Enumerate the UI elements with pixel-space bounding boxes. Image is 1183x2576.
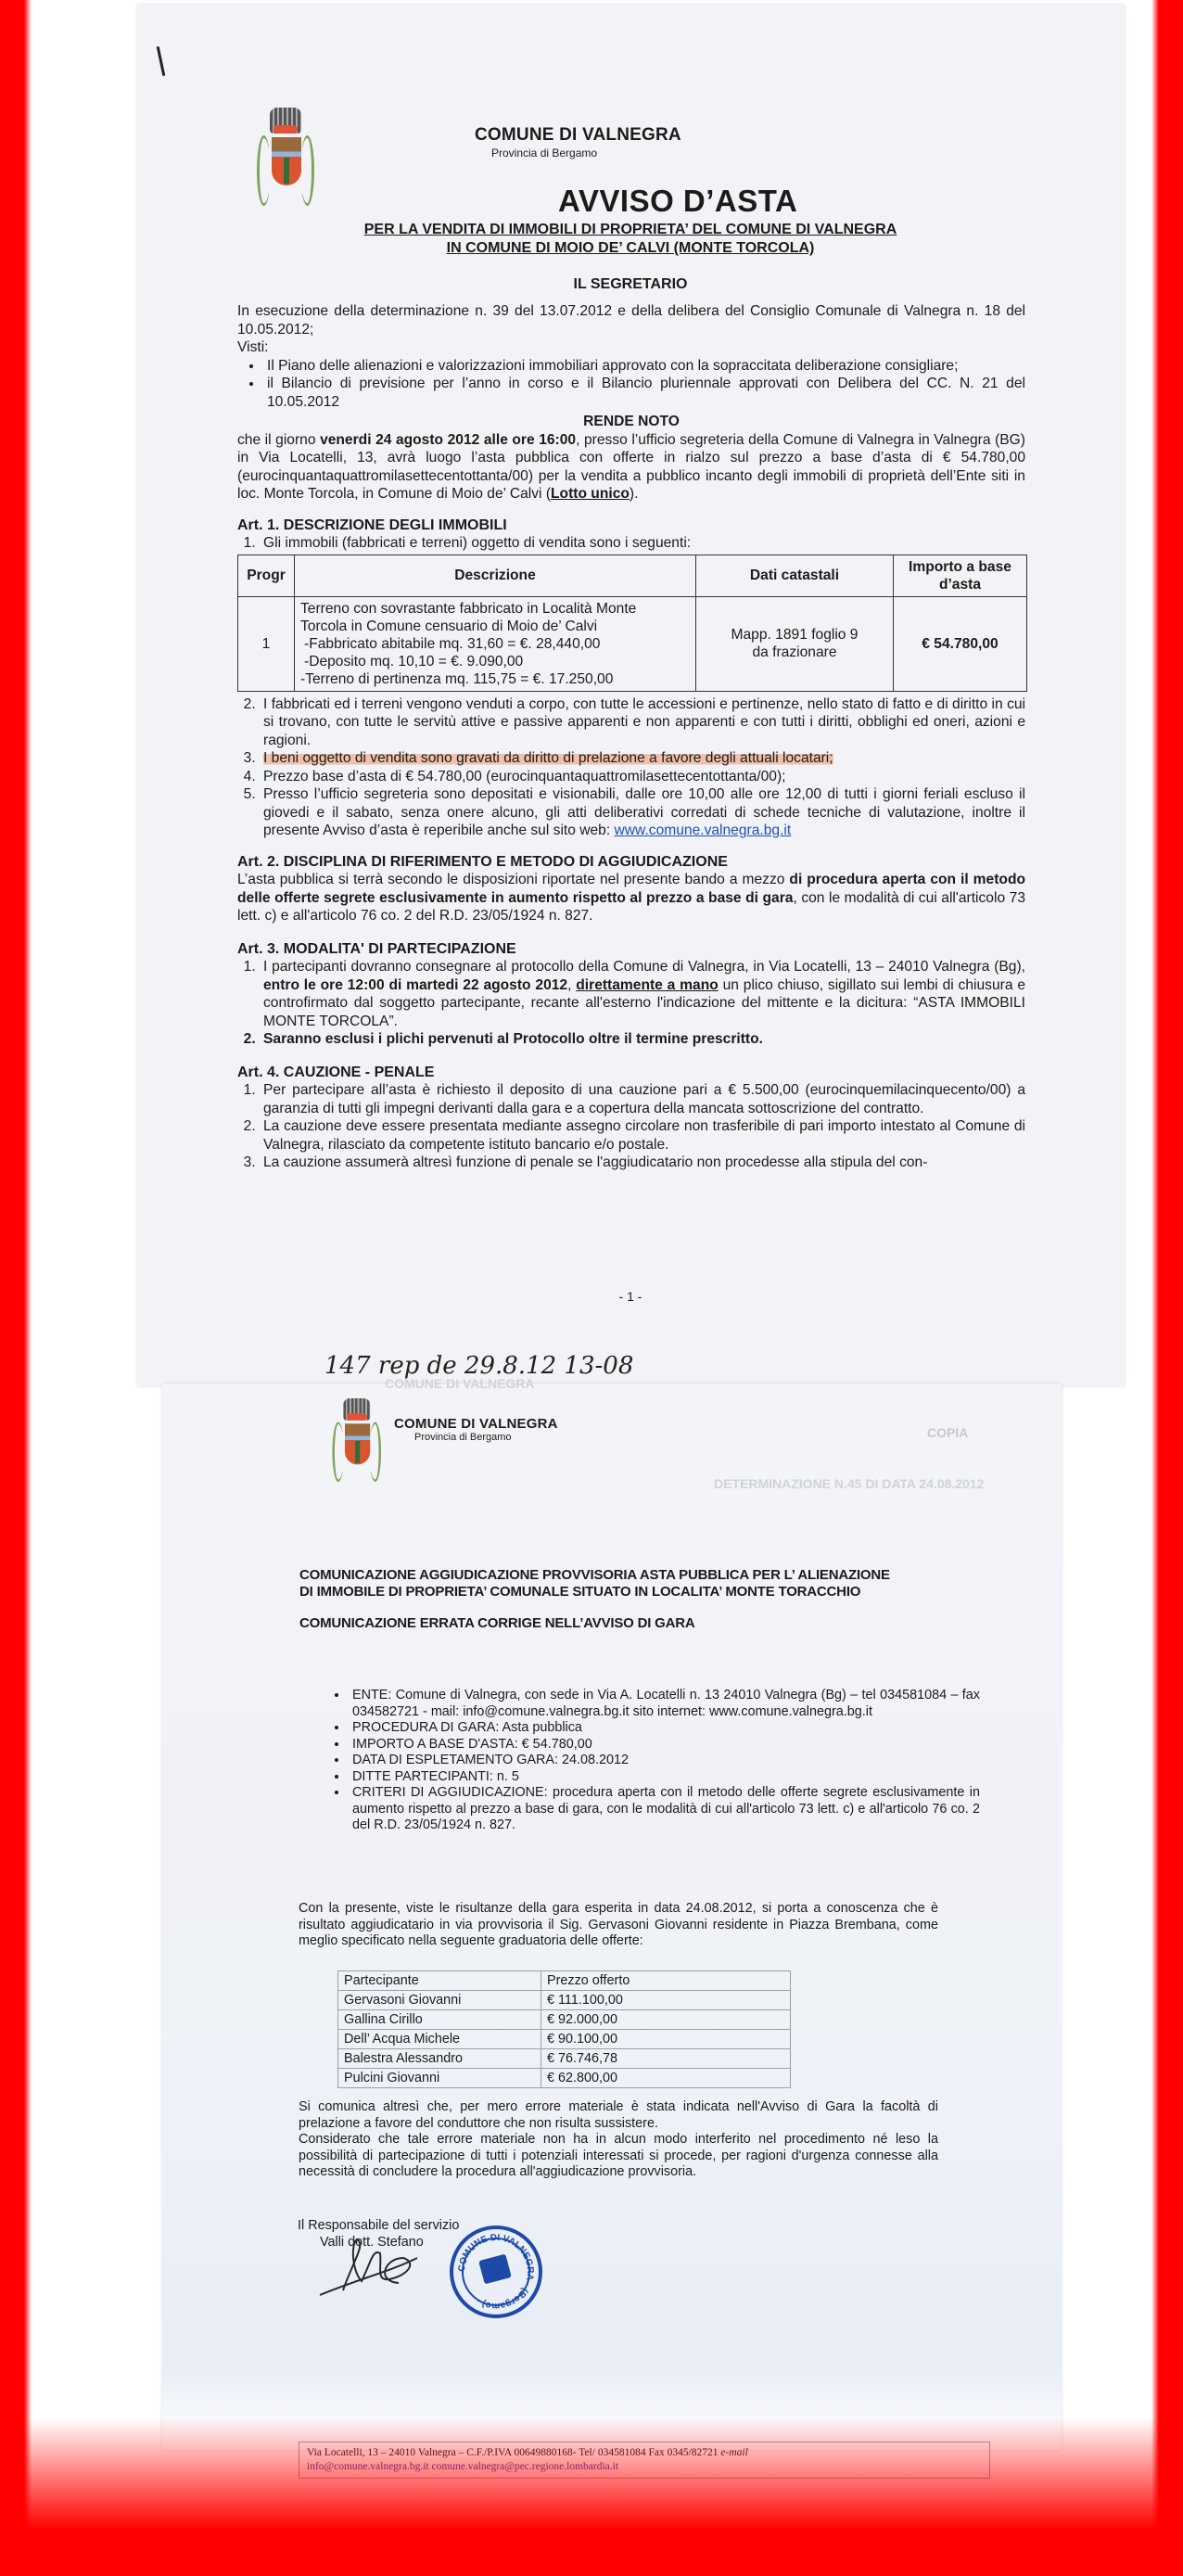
red-frame-bottom bbox=[0, 2418, 1183, 2576]
segretario-heading: IL SEGRETARIO bbox=[223, 276, 1038, 293]
errata-text: Si comunica altresì che, per mero errore… bbox=[299, 2099, 938, 2132]
art1-heading: Art. 1. DESCRIZIONE DEGLI IMMOBILI bbox=[237, 516, 1025, 535]
subtitle-line-1: PER LA VENDITA DI IMMOBILI DI PROPRIETA’… bbox=[223, 221, 1038, 239]
catastali-line: da frazionare bbox=[702, 644, 887, 661]
signature-role: Il Responsabile del servizio bbox=[298, 2218, 459, 2235]
document-subtitle: PER LA VENDITA DI IMMOBILI DI PROPRIETA’… bbox=[223, 221, 1038, 258]
desc-line: Terreno con sovrastante fabbricato in Lo… bbox=[300, 600, 690, 618]
intro-paragraph: In esecuzione della determinazione n. 39… bbox=[237, 302, 1025, 338]
cell-partecipante: Gervasoni Giovanni bbox=[338, 1991, 541, 2010]
website-link[interactable]: www.comune.valnegra.bg.it bbox=[615, 823, 792, 838]
art1-item-highlighted: I beni oggetto di vendita sono gravati d… bbox=[260, 749, 1025, 768]
table-row: Pulcini Giovanni€ 62.800,00 bbox=[338, 2069, 791, 2088]
art2-heading: Art. 2. DISCIPLINA DI RIFERIMENTO E METO… bbox=[237, 853, 1025, 872]
cell-descrizione: Terreno con sovrastante fabbricato in Lo… bbox=[295, 596, 696, 691]
art3-by-hand: direttamente a mano bbox=[576, 977, 719, 993]
bleed-through-text: DETERMINAZIONE N.45 DI DATA 24.08.2012 bbox=[714, 1476, 984, 1491]
art4-item: La cauzione assumerà altresì funzione di… bbox=[260, 1154, 1025, 1172]
signature-icon bbox=[315, 2235, 445, 2300]
art1-item: I fabbricati ed i terreni vengono vendut… bbox=[260, 695, 1025, 750]
col-importo: Importo a base d’asta bbox=[894, 555, 1027, 596]
bullet-item: DITTE PARTECIPANTI: n. 5 bbox=[349, 1769, 980, 1786]
cell-partecipante: Dell’ Acqua Michele bbox=[338, 2030, 541, 2049]
notice-date: venerdi 24 agosto 2012 alle ore 16:00 bbox=[320, 432, 576, 448]
bullet-item: PROCEDURA DI GARA: Asta pubblica bbox=[349, 1720, 980, 1737]
art1-item: Gli immobili (fabbricati e terreni) ogge… bbox=[260, 534, 1025, 553]
letterhead-page-2: COMUNE DI VALNEGRA Provincia di Bergamo bbox=[394, 1416, 558, 1443]
bullet-list: ENTE: Comune di Valnegra, con sede in Vi… bbox=[326, 1688, 980, 1834]
stamp-ring: COMUNE DI VALNEGRA - (Bergamo) - bbox=[453, 2229, 539, 2315]
result-paragraph: Con la presente, viste le risultanze del… bbox=[299, 1901, 938, 1950]
table-row: 1 Terreno con sovrastante fabbricato in … bbox=[238, 596, 1027, 691]
desc-line: -Fabbricato abitabile mq. 31,60 = €. 28,… bbox=[300, 635, 690, 653]
red-frame-right bbox=[1151, 0, 1183, 2576]
cell-partecipante: Balestra Alessandro bbox=[338, 2049, 541, 2069]
cell-partecipante: Pulcini Giovanni bbox=[338, 2069, 541, 2088]
art2-paragraph: L’asta pubblica si terrà secondo le disp… bbox=[237, 871, 1025, 925]
cell-catastali: Mapp. 1891 foglio 9 da frazionare bbox=[696, 596, 894, 691]
desc-line: Torcola in Comune censuario di Moio de’ … bbox=[300, 618, 690, 635]
title-line-1: COMUNICAZIONE AGGIUDICAZIONE PROVVISORIA… bbox=[299, 1567, 1004, 1584]
catastali-line: Mapp. 1891 foglio 9 bbox=[702, 626, 887, 644]
art4-heading: Art. 4. CAUZIONE - PENALE bbox=[237, 1064, 1025, 1082]
visti-label: Visti: bbox=[237, 338, 1025, 357]
art3-text: I partecipanti dovranno consegnare al pr… bbox=[263, 959, 1025, 975]
notice-text: che il giorno bbox=[237, 432, 320, 448]
provincia: Provincia di Bergamo bbox=[491, 145, 681, 163]
art2-text: L’asta pubblica si terrà secondo le disp… bbox=[237, 872, 789, 887]
desc-line: -Terreno di pertinenza mq. 115,75 = €. 1… bbox=[300, 670, 690, 688]
cell-prezzo: € 90.100,00 bbox=[541, 2030, 791, 2049]
bleed-through-text: COMUNE DI VALNEGRA bbox=[385, 1376, 535, 1391]
table-row: Dell’ Acqua Michele€ 90.100,00 bbox=[338, 2030, 791, 2049]
art1-item: Presso l’ufficio segreteria sono deposit… bbox=[260, 785, 1025, 840]
svg-text:COMUNE DI VALNEGRA - (Bergamo): COMUNE DI VALNEGRA - (Bergamo) - bbox=[457, 2233, 535, 2311]
errata-title: COMUNICAZIONE ERRATA CORRIGE NELL’AVVISO… bbox=[299, 1615, 1004, 1632]
desc-line: -Deposito mq. 10,10 = €. 9.090,00 bbox=[300, 653, 690, 670]
table-row: Gervasoni Giovanni€ 111.100,00 bbox=[338, 1991, 791, 2010]
title-line-2: DI IMMOBILE DI PROPRIETA’ COMUNALE SITUA… bbox=[299, 1584, 1004, 1600]
art3-deadline: entro le ore 12:00 di martedi 22 agosto … bbox=[263, 977, 567, 993]
cell-prezzo: € 92.000,00 bbox=[541, 2010, 791, 2030]
cell-partecipante: Gallina Cirillo bbox=[338, 2010, 541, 2030]
art4-item: Per partecipare all’asta è richiesto il … bbox=[260, 1081, 1025, 1117]
art3-list: I partecipanti dovranno consegnare al pr… bbox=[237, 958, 1025, 1049]
art3-text: , bbox=[567, 977, 576, 993]
col-descrizione: Descrizione bbox=[295, 555, 696, 596]
page-number: - 1 - bbox=[593, 1289, 668, 1304]
art3-item: I partecipanti dovranno consegnare al pr… bbox=[260, 958, 1025, 1030]
coat-of-arms-icon bbox=[329, 1398, 385, 1486]
cell-progr: 1 bbox=[238, 596, 295, 691]
summary-bullets: ENTE: Comune di Valnegra, con sede in Vi… bbox=[326, 1688, 980, 1834]
communication-title: COMUNICAZIONE AGGIUDICAZIONE PROVVISORIA… bbox=[299, 1567, 1004, 1632]
cell-prezzo: € 76.746,78 bbox=[541, 2049, 791, 2069]
rende-noto-heading: RENDE NOTO bbox=[237, 413, 1025, 431]
errata-paragraph: Si comunica altresì che, per mero errore… bbox=[299, 2099, 938, 2181]
art1-item: Prezzo base d’asta di € 54.780,00 (euroc… bbox=[260, 768, 1025, 786]
bullet-item: CRITERI DI AGGIUDICAZIONE: procedura ape… bbox=[349, 1785, 980, 1834]
visti-item: il Bilancio di previsione per l’anno in … bbox=[263, 375, 1025, 411]
bullet-item: DATA DI ESPLETAMENTO GARA: 24.08.2012 bbox=[349, 1753, 980, 1769]
table-header-row: Partecipante Prezzo offerto bbox=[338, 1971, 791, 1991]
properties-table: Progr Descrizione Dati catastali Importo… bbox=[237, 555, 1027, 692]
bullet-item: IMPORTO A BASE D'ASTA: € 54.780,00 bbox=[349, 1737, 980, 1753]
art1-list-cont: I fabbricati ed i terreni vengono vendut… bbox=[237, 695, 1025, 840]
provincia: Provincia di Bergamo bbox=[414, 1432, 558, 1443]
visti-item: Il Piano delle alienazioni e valorizzazi… bbox=[263, 357, 1025, 376]
subtitle-line-2: IN COMUNE DI MOIO DE’ CALVI (MONTE TORCO… bbox=[223, 239, 1038, 258]
art1-list: Gli immobili (fabbricati e terreni) ogge… bbox=[237, 534, 1025, 553]
cell-prezzo: € 62.800,00 bbox=[541, 2069, 791, 2088]
notice-paragraph: che il giorno venerdi 24 agosto 2012 all… bbox=[237, 431, 1025, 504]
cell-importo: € 54.780,00 bbox=[894, 596, 1027, 691]
comune-name: COMUNE DI VALNEGRA bbox=[475, 126, 681, 145]
col-prezzo: Prezzo offerto bbox=[541, 1971, 791, 1991]
col-catastali: Dati catastali bbox=[696, 555, 894, 596]
table-row: Balestra Alessandro€ 76.746,78 bbox=[338, 2049, 791, 2069]
visti-list: Il Piano delle alienazioni e valorizzazi… bbox=[237, 357, 1025, 412]
copia-watermark: COPIA bbox=[927, 1425, 968, 1440]
notice-text: ). bbox=[630, 486, 639, 502]
art3-heading: Art. 3. MODALITA' DI PARTECIPAZIONE bbox=[237, 940, 1025, 959]
cell-prezzo: € 111.100,00 bbox=[541, 1991, 791, 2010]
coat-of-arms-icon bbox=[253, 108, 318, 210]
offers-table: Partecipante Prezzo offerto Gervasoni Gi… bbox=[337, 1970, 791, 2088]
art4-list: Per partecipare all’asta è richiesto il … bbox=[237, 1081, 1025, 1172]
highlighted-text: I beni oggetto di vendita sono gravati d… bbox=[263, 750, 833, 766]
official-stamp-icon: COMUNE DI VALNEGRA - (Bergamo) - bbox=[450, 2225, 542, 2318]
comune-name: COMUNE DI VALNEGRA bbox=[394, 1416, 558, 1432]
col-partecipante: Partecipante bbox=[338, 1971, 541, 1991]
col-progr: Progr bbox=[238, 555, 295, 596]
red-frame-left bbox=[0, 0, 32, 2576]
art4-item: La cauzione deve essere presentata media… bbox=[260, 1117, 1025, 1154]
letterhead: COMUNE DI VALNEGRA Provincia di Bergamo bbox=[475, 126, 681, 162]
table-row: Gallina Cirillo€ 92.000,00 bbox=[338, 2010, 791, 2030]
errata-text: Considerato che tale errore materiale no… bbox=[299, 2132, 938, 2181]
art3-item: Saranno esclusi i plichi pervenuti al Pr… bbox=[260, 1030, 1025, 1049]
document-title: AVVISO D’ASTA bbox=[558, 184, 797, 219]
body-page-1: In esecuzione della determinazione n. 39… bbox=[237, 302, 1025, 1172]
lotto-unico: Lotto unico bbox=[551, 486, 630, 502]
bullet-item: ENTE: Comune di Valnegra, con sede in Vi… bbox=[349, 1688, 980, 1720]
